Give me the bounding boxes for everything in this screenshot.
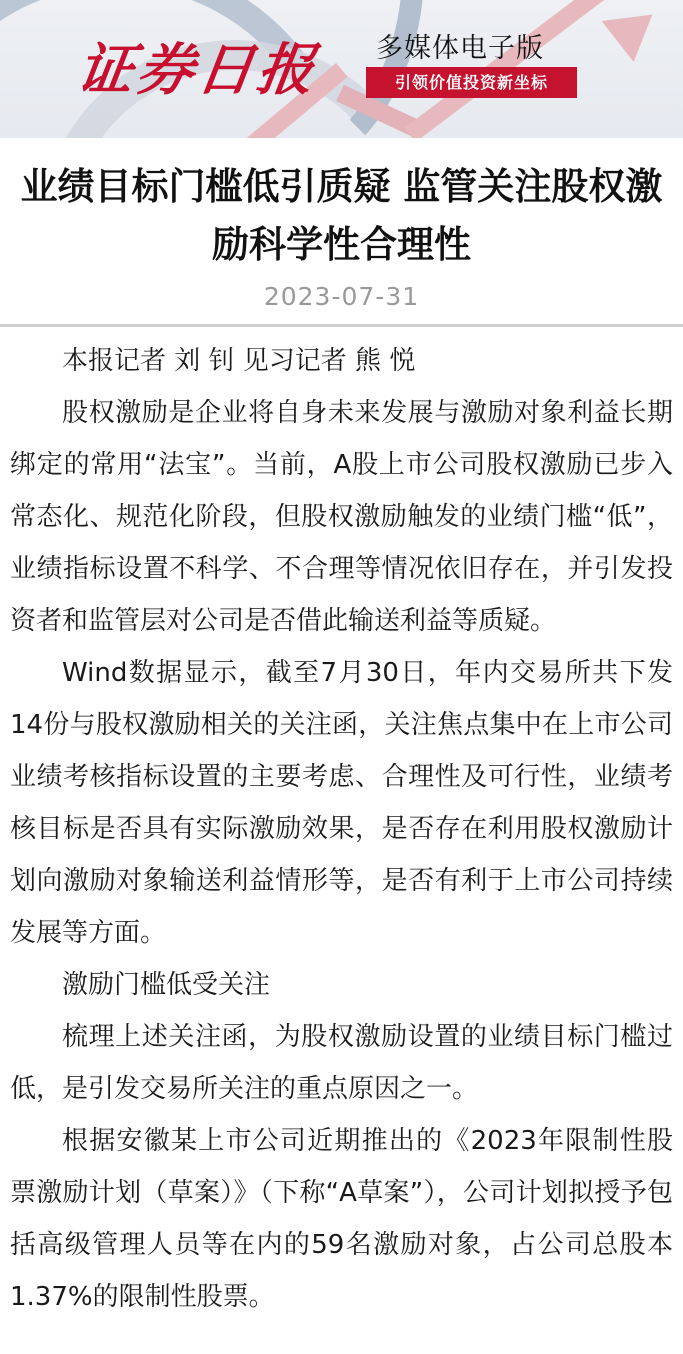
newspaper-logo: 证券日报	[72, 26, 323, 106]
article-body: 本报记者 刘 钊 见习记者 熊 悦 股权激励是企业将自身未来发展与激励对象利益长…	[0, 327, 683, 1323]
paragraph: Wind数据显示，截至7月30日，年内交易所共下发14份与股权激励相关的关注函，…	[10, 647, 673, 959]
publish-date: 2023-07-31	[0, 280, 683, 314]
section-subheading: 激励门槛低受关注	[10, 959, 673, 1011]
paragraph: 根据安徽某上市公司近期推出的《2023年限制性股票激励计划（草案）》（下称“A草…	[10, 1115, 673, 1323]
slogan-badge: 引领价值投资新坐标	[366, 67, 577, 98]
masthead-banner: 证券日报 多媒体电子版 引领价值投资新坐标	[0, 0, 683, 138]
byline: 本报记者 刘 钊 见习记者 熊 悦	[10, 335, 673, 387]
article-title: 业绩目标门槛低引质疑 监管关注股权激励科学性合理性	[0, 158, 683, 274]
edition-label: 多媒体电子版	[376, 26, 544, 65]
paragraph: 梳理上述关注函，为股权激励设置的业绩目标门槛过低，是引发交易所关注的重点原因之一…	[10, 1011, 673, 1115]
paragraph: 股权激励是企业将自身未来发展与激励对象利益长期绑定的常用“法宝”。当前，A股上市…	[10, 387, 673, 647]
trend-arrow-icon	[602, 0, 669, 62]
